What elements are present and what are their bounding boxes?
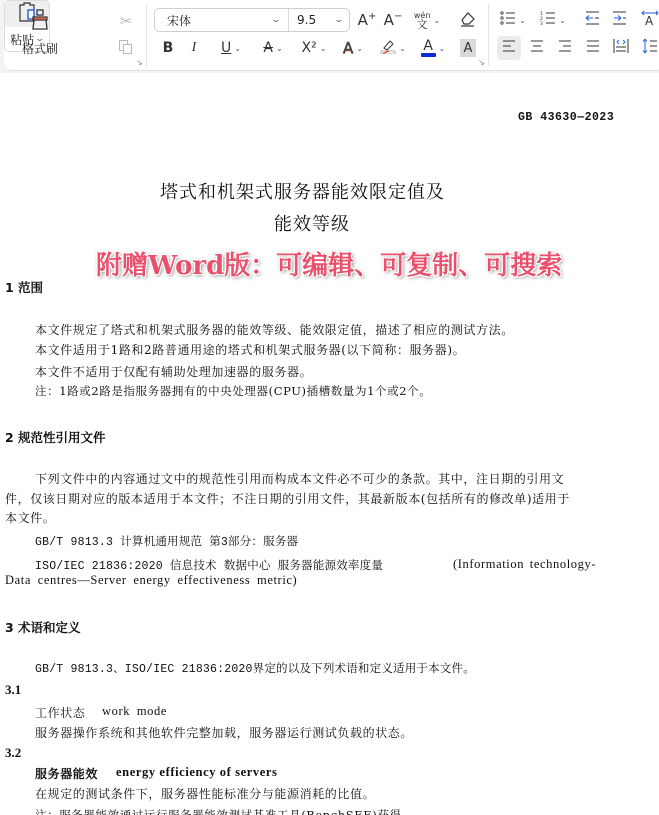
section-heading-3: 3 术语和定义 bbox=[5, 618, 81, 636]
underline-button[interactable]: U ⌄ bbox=[216, 37, 246, 59]
term-number: 3.2 bbox=[5, 745, 21, 761]
align-center-button[interactable] bbox=[526, 37, 548, 59]
section-heading-1: 1 范围 bbox=[5, 278, 43, 296]
paragraph: 本文件适用于1路和2路普通用途的塔式和机架式服务器(以下简称：服务器)。 bbox=[35, 341, 465, 358]
font-name-value: 宋体 bbox=[167, 12, 191, 29]
decrease-font-size-icon: A− bbox=[384, 11, 403, 29]
character-spacing-button[interactable]: A bbox=[640, 9, 659, 31]
chevron-down-icon: ⌄ bbox=[35, 34, 46, 44]
distributed-align-icon bbox=[613, 39, 629, 57]
phonetic-guide-button[interactable]: wén 文 ⌄ bbox=[410, 9, 444, 31]
decrease-indent-icon bbox=[584, 11, 600, 29]
italic-icon: I bbox=[192, 40, 197, 56]
copy-button[interactable] bbox=[115, 38, 137, 60]
highlight-color-button[interactable]: ⌄ bbox=[378, 37, 408, 59]
font-size-dropdown[interactable]: 9.5 ⌄ bbox=[289, 9, 349, 31]
reference-item-en: (Information technology- bbox=[453, 557, 596, 572]
chevron-down-icon: ⌄ bbox=[399, 44, 406, 53]
italic-button[interactable]: I bbox=[186, 37, 202, 59]
character-spacing-icon: A bbox=[641, 10, 659, 30]
reference-item-en: Data centres—Server energy effectiveness… bbox=[5, 573, 297, 588]
group-separator bbox=[146, 4, 147, 66]
term-name-cn: 服务器能效 bbox=[35, 765, 98, 782]
increase-indent-icon bbox=[612, 11, 628, 29]
document-title-line1: 塔式和机架式服务器能效限定值及 bbox=[160, 178, 445, 204]
strikethrough-button[interactable]: A ⌄ bbox=[258, 37, 288, 59]
font-size-value: 9.5 bbox=[297, 13, 316, 27]
clear-formatting-button[interactable] bbox=[456, 9, 478, 31]
underline-icon: U bbox=[221, 40, 231, 56]
line-spacing-button[interactable] bbox=[640, 37, 659, 59]
term-definition: 在规定的测试条件下，服务器性能标准分与能源消耗的比值。 bbox=[35, 785, 375, 802]
document-page[interactable]: GB 43630—2023 塔式和机架式服务器能效限定值及 能效等级 附赠Wor… bbox=[0, 73, 659, 815]
highlighter-icon bbox=[380, 38, 396, 58]
chevron-down-icon: ⌄ bbox=[234, 44, 241, 53]
font-dialog-launcher-icon[interactable]: ↘ bbox=[478, 58, 485, 67]
svg-text:A: A bbox=[645, 14, 654, 26]
numbered-list-button[interactable]: 123 ⌄ bbox=[538, 9, 568, 31]
font-color-icon: A bbox=[421, 40, 436, 57]
decrease-indent-button[interactable] bbox=[582, 9, 602, 31]
align-left-button[interactable] bbox=[497, 36, 521, 60]
chevron-down-icon: ⌄ bbox=[276, 44, 283, 53]
paragraph-line: 件，仅该日期对应的版本适用于本文件；不注日期的引用文件，其最新版本(包括所有的修… bbox=[5, 490, 570, 507]
term-number: 3.1 bbox=[5, 682, 21, 698]
reference-item: ISO/IEC 21836:2020 信息技术 数据中心 服务器能源效率度量 bbox=[35, 557, 383, 573]
phonetic-guide-icon: wén 文 bbox=[414, 11, 431, 29]
copy-icon bbox=[118, 39, 134, 59]
increase-indent-button[interactable] bbox=[610, 9, 630, 31]
chevron-down-icon: ⌄ bbox=[559, 16, 566, 25]
scissors-icon: ✂ bbox=[120, 12, 133, 30]
section-heading-2: 2 规范性引用文件 bbox=[5, 428, 106, 446]
numbered-list-icon: 123 bbox=[540, 11, 556, 29]
chevron-down-icon: ⌄ bbox=[271, 15, 282, 25]
increase-font-size-icon: A+ bbox=[358, 11, 377, 29]
justify-icon bbox=[586, 40, 600, 56]
chevron-down-icon: ⌄ bbox=[356, 44, 363, 53]
watermark-banner: 附赠Word版：可编辑、可复制、可搜索 bbox=[96, 245, 562, 282]
chevron-down-icon: ⌄ bbox=[439, 44, 446, 53]
paragraph: 本文件不适用于仅配有辅助处理加速器的服务器。 bbox=[35, 363, 312, 380]
align-right-button[interactable] bbox=[554, 37, 576, 59]
character-shading-button[interactable]: A bbox=[460, 39, 476, 57]
chevron-down-icon: ⌄ bbox=[334, 15, 345, 25]
standard-number: GB 43630—2023 bbox=[518, 111, 614, 124]
eraser-icon bbox=[459, 10, 476, 31]
svg-text:3: 3 bbox=[540, 21, 543, 25]
text-effects-button[interactable]: A ⌄ bbox=[338, 37, 368, 59]
paragraph-line: 下列文件中的内容通过文中的规范性引用而构成本文件必不可少的条款。其中，注日期的引… bbox=[35, 470, 564, 487]
bold-icon: B bbox=[163, 40, 174, 56]
chevron-down-icon: ⌄ bbox=[433, 16, 440, 25]
ribbon-panel: 格式刷 粘贴 ⌄ ✂ bbox=[4, 0, 659, 71]
document-title-line2: 能效等级 bbox=[274, 210, 350, 236]
cut-button[interactable]: ✂ bbox=[115, 10, 137, 32]
bullet-list-button[interactable]: ⌄ bbox=[498, 9, 528, 31]
clipboard-dialog-launcher-icon[interactable]: ↘ bbox=[136, 58, 143, 67]
paragraph: 本文件规定了塔式和机架式服务器的能效等级、能效限定值，描述了相应的测试方法。 bbox=[35, 321, 514, 338]
text-effects-icon: A bbox=[343, 39, 353, 57]
term-definition: 服务器操作系统和其他软件完整加载，服务器运行测试负载的状态。 bbox=[35, 724, 413, 741]
ribbon-toolbar: 格式刷 粘贴 ⌄ ✂ bbox=[0, 0, 659, 73]
bold-button[interactable]: B bbox=[160, 37, 176, 59]
reference-item: GB/T 9813.3 计算机通用规范 第3部分：服务器 bbox=[35, 533, 298, 549]
decrease-font-size-button[interactable]: A− bbox=[382, 9, 404, 31]
superscript-icon: X² bbox=[302, 40, 317, 56]
distributed-align-button[interactable] bbox=[610, 37, 632, 59]
line-spacing-icon bbox=[642, 38, 658, 58]
term-name-cn: 工作状态 bbox=[35, 704, 85, 721]
format-painter-icon bbox=[28, 8, 52, 36]
align-left-icon bbox=[502, 40, 516, 56]
paragraph: GB/T 9813.3、ISO/IEC 21836:2020界定的以及下列术语和… bbox=[35, 660, 475, 676]
chevron-down-icon: ⌄ bbox=[320, 44, 327, 53]
align-right-icon bbox=[558, 40, 572, 56]
term-name-en: energy efficiency of servers bbox=[116, 765, 278, 780]
superscript-button[interactable]: X² ⌄ bbox=[297, 37, 331, 59]
chevron-down-icon: ⌄ bbox=[519, 16, 526, 25]
group-separator bbox=[488, 4, 489, 66]
font-name-dropdown[interactable]: 宋体 ⌄ bbox=[155, 9, 289, 31]
note: 注：1路或2路是指服务器拥有的中央处理器(CPU)插槽数量为1个或2个。 bbox=[35, 383, 431, 399]
strikethrough-icon: A bbox=[263, 40, 273, 56]
align-center-icon bbox=[530, 40, 544, 56]
term-name-en: work mode bbox=[102, 704, 167, 719]
justify-button[interactable] bbox=[582, 37, 604, 59]
increase-font-size-button[interactable]: A+ bbox=[356, 9, 378, 31]
character-shading-icon: A bbox=[464, 41, 473, 56]
term-note: 注：服务器能效通过运行服务器能效测试基准工具(BenchSEE)获得。 bbox=[35, 807, 414, 815]
font-color-button[interactable]: A ⌄ bbox=[418, 37, 448, 59]
bullet-list-icon bbox=[500, 11, 516, 29]
paragraph-line: 本文件。 bbox=[5, 509, 55, 526]
font-selectors: 宋体 ⌄ 9.5 ⌄ bbox=[154, 8, 350, 32]
